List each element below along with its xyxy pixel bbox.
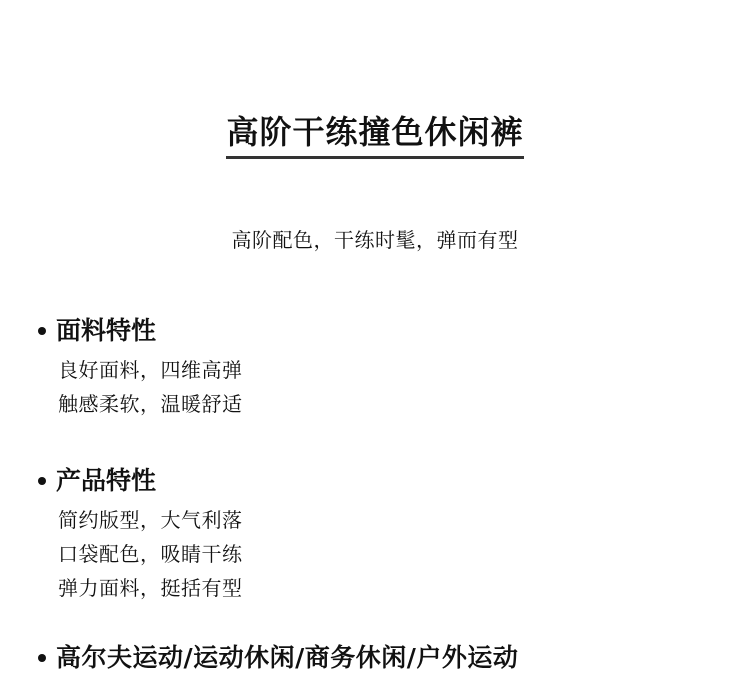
section-fabric-features: 面料特性 良好面料，四维高弹 触感柔软，温暖舒适 (38, 313, 243, 421)
bullet-icon (38, 654, 46, 662)
feature-line: 良好面料，四维高弹 (58, 353, 243, 387)
section-heading-text: 面料特性 (56, 313, 156, 349)
section-heading-text: 高尔夫运动/运动休闲/商务休闲/户外运动 (56, 640, 518, 676)
bullet-icon (38, 477, 46, 485)
section-usage-scenarios: 高尔夫运动/运动休闲/商务休闲/户外运动 (38, 640, 518, 676)
feature-line: 口袋配色，吸睛干练 (58, 537, 243, 571)
feature-line: 触感柔软，温暖舒适 (58, 387, 243, 421)
section-heading: 面料特性 (38, 313, 243, 349)
bullet-icon (38, 327, 46, 335)
page-title: 高阶干练撞色休闲裤 (0, 110, 750, 159)
page-title-text: 高阶干练撞色休闲裤 (226, 110, 523, 159)
section-heading-text: 产品特性 (56, 463, 156, 499)
subtitle: 高阶配色，干练时髦，弹而有型 (0, 225, 750, 255)
feature-line: 简约版型，大气利落 (58, 503, 243, 537)
feature-line: 弹力面料，挺括有型 (58, 571, 243, 605)
section-lines: 良好面料，四维高弹 触感柔软，温暖舒适 (58, 353, 243, 421)
section-lines: 简约版型，大气利落 口袋配色，吸睛干练 弹力面料，挺括有型 (58, 503, 243, 605)
section-heading: 产品特性 (38, 463, 243, 499)
section-product-features: 产品特性 简约版型，大气利落 口袋配色，吸睛干练 弹力面料，挺括有型 (38, 463, 243, 605)
section-heading: 高尔夫运动/运动休闲/商务休闲/户外运动 (38, 640, 518, 676)
